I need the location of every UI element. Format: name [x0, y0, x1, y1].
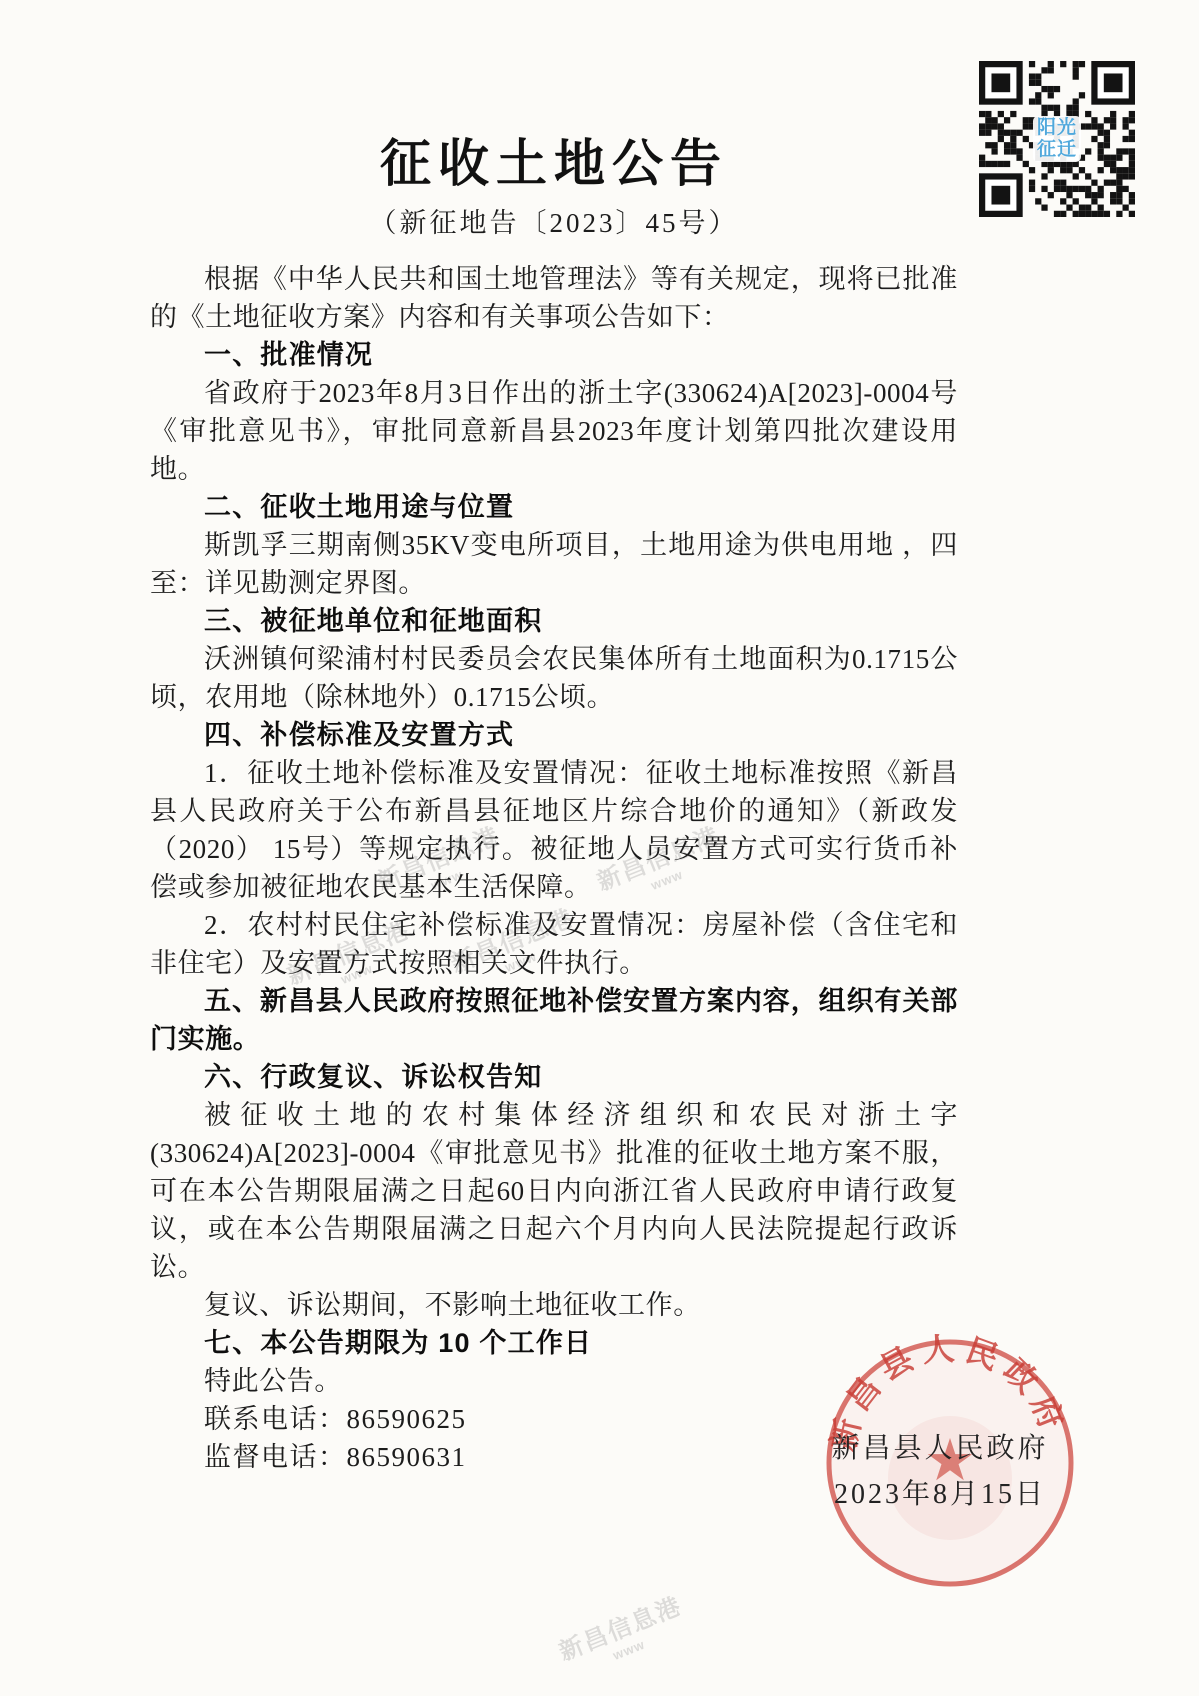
qr-module [1041, 67, 1047, 73]
qr-module [998, 111, 1004, 117]
qr-module [1066, 205, 1072, 211]
qr-module [1098, 123, 1104, 129]
qr-module [1091, 211, 1097, 217]
qr-module [1123, 123, 1129, 129]
qr-module [1129, 111, 1135, 117]
qr-module [1073, 73, 1079, 79]
qr-module [1110, 192, 1116, 198]
qr-module [1104, 117, 1110, 123]
qr-module [1110, 180, 1116, 186]
qr-module [1104, 73, 1123, 92]
qr-module [1035, 92, 1041, 98]
qr-module [1060, 186, 1066, 192]
qr-module [991, 161, 997, 167]
announcement-page: 阳光 征迁 新昌信息港 www 新昌信息港 www 新昌信息港 www 新昌信息… [0, 0, 1199, 1696]
qr-module [1129, 117, 1135, 123]
section-heading-1: 一、批准情况 [150, 336, 958, 374]
qr-module [1048, 61, 1054, 67]
qr-module [1079, 186, 1085, 192]
qr-module [979, 130, 985, 136]
qr-module [1123, 205, 1129, 211]
qr-module [1085, 173, 1091, 179]
qr-module [1085, 192, 1091, 198]
qr-module [1060, 198, 1066, 204]
qr-module [1079, 205, 1085, 211]
qr-module [1129, 167, 1135, 173]
qr-module [985, 130, 991, 136]
qr-module [1116, 167, 1122, 173]
qr-module [1098, 167, 1104, 173]
qr-module [1023, 117, 1029, 123]
paragraph-intro: 根据《中华人民共和国土地管理法》等有关规定，现将已批准的《土地征收方案》内容和有… [150, 260, 958, 336]
qr-module [1054, 211, 1060, 217]
section-heading-6: 六、行政复议、诉讼权告知 [150, 1058, 958, 1096]
qr-module [1054, 180, 1060, 186]
qr-module [1010, 148, 1016, 154]
qr-module [985, 117, 991, 123]
qr-module [1048, 167, 1054, 173]
qr-module [1098, 211, 1104, 217]
qr-module [1085, 186, 1091, 192]
qr-module [991, 73, 1010, 92]
qr-module [985, 111, 991, 117]
qr-module [1048, 67, 1054, 73]
qr-module [1129, 130, 1135, 136]
qr-module [979, 161, 985, 167]
qr-module [1116, 211, 1122, 217]
qr-module [985, 142, 991, 148]
qr-module [1098, 142, 1104, 148]
qr-module [1073, 173, 1079, 179]
qr-module [998, 161, 1004, 167]
qr-module [1116, 180, 1122, 186]
qr-module [1060, 167, 1066, 173]
qr-module [1066, 105, 1072, 111]
qr-module [1129, 136, 1135, 142]
qr-module [1041, 105, 1047, 111]
paragraph-area: 沃洲镇何梁浦村村民委员会农民集体所有土地面积为0.1715公顷，农用地（除林地外… [150, 640, 958, 716]
qr-module [1041, 205, 1047, 211]
paragraph-compensation-2: 2．农村村民住宅补偿标准及安置情况：房屋补偿（含住宅和非住宅）及安置方式按照相关… [150, 906, 958, 982]
qr-module [1010, 111, 1016, 117]
qr-module [1116, 186, 1122, 192]
qr-module [1091, 123, 1097, 129]
qr-module [991, 117, 997, 123]
section-heading-5: 五、新昌县人民政府按照征地补偿安置方案内容，组织有关部门实施。 [150, 982, 958, 1058]
qr-module [1073, 186, 1079, 192]
qr-label-line1: 阳光 [1037, 117, 1077, 139]
qr-module [991, 123, 997, 129]
qr-module [1023, 123, 1029, 129]
qr-module [1110, 198, 1116, 204]
qr-module [1085, 205, 1091, 211]
qr-module [1129, 161, 1135, 167]
issue-date: 2023年8月15日 [770, 1472, 1110, 1518]
qr-label-line2: 征迁 [1037, 139, 1077, 161]
paragraph-appeal-cont: (330624)A[2023]-0004《审批意见书》批准的征收土地方案不服，可… [150, 1134, 958, 1286]
issuer-name: 新昌县人民政府 [770, 1426, 1110, 1472]
qr-module [1085, 111, 1091, 117]
qr-module [991, 148, 997, 154]
qr-module [1098, 155, 1104, 161]
qr-module [1073, 61, 1079, 67]
qr-module [1029, 73, 1035, 79]
qr-module [1023, 161, 1029, 167]
document-body: 征收土地公告 （新征地告〔2023〕45号） 根据《中华人民共和国土地管理法》等… [150, 128, 958, 1476]
qr-module [1098, 130, 1104, 136]
qr-module [1041, 86, 1047, 92]
qr-module [1091, 192, 1097, 198]
qr-module [1104, 155, 1110, 161]
paragraph-compensation-1: 1．征收土地补偿标准及安置情况：征收土地标准按照《新昌县人民政府关于公布新昌县征… [150, 754, 958, 906]
qr-module [1104, 211, 1110, 217]
qr-module [1073, 98, 1079, 104]
qr-module [1079, 167, 1085, 173]
qr-module [1091, 117, 1097, 123]
qr-module [1048, 105, 1054, 111]
qr-module [1048, 86, 1054, 92]
qr-module [1054, 105, 1060, 111]
qr-module [1041, 186, 1047, 192]
qr-module [1129, 198, 1135, 204]
qr-module [979, 155, 985, 161]
qr-module [1023, 136, 1029, 142]
qr-module [1066, 167, 1072, 173]
qr-module [1098, 148, 1104, 154]
qr-module [1029, 80, 1035, 86]
qr-module [1116, 173, 1122, 179]
qr-module [1010, 142, 1016, 148]
qr-module [1110, 111, 1116, 117]
qr-module [1054, 86, 1060, 92]
watermark-url: www [565, 1616, 694, 1685]
qr-module [1098, 186, 1104, 192]
qr-module [1116, 155, 1122, 161]
qr-module [1010, 130, 1016, 136]
qr-module [1066, 192, 1072, 198]
qr-code: 阳光 征迁 [979, 61, 1135, 217]
qr-module [1123, 117, 1129, 123]
qr-module [1129, 211, 1135, 217]
qr-module [1110, 123, 1116, 129]
paragraph-approval: 省政府于2023年8月3日作出的浙土字(330624)A[2023]-0004号… [150, 374, 958, 488]
qr-module [998, 123, 1004, 129]
qr-module [1123, 167, 1129, 173]
qr-module [1129, 148, 1135, 154]
qr-module [1123, 186, 1129, 192]
qr-module [1116, 192, 1122, 198]
qr-module [1116, 198, 1122, 204]
qr-module [1079, 61, 1085, 67]
qr-module [1029, 98, 1035, 104]
qr-module [1110, 117, 1116, 123]
qr-module [1004, 142, 1010, 148]
qr-module [1104, 136, 1110, 142]
qr-module [1104, 161, 1110, 167]
qr-module [1104, 180, 1110, 186]
qr-module [1073, 211, 1079, 217]
qr-module [1129, 192, 1135, 198]
qr-module [1029, 186, 1035, 192]
qr-module [991, 186, 1010, 205]
qr-module [1016, 130, 1022, 136]
qr-module [1010, 136, 1016, 142]
qr-module [1054, 186, 1060, 192]
qr-module [1123, 136, 1129, 142]
qr-module [1029, 167, 1035, 173]
qr-module [1048, 192, 1054, 198]
qr-module [1085, 123, 1091, 129]
qr-module [1073, 67, 1079, 73]
qr-module [1016, 148, 1022, 154]
qr-module [1029, 61, 1035, 67]
section-heading-2: 二、征收土地用途与位置 [150, 488, 958, 526]
qr-module [1085, 148, 1091, 154]
qr-module [1060, 180, 1066, 186]
qr-module [998, 130, 1004, 136]
section-heading-4: 四、补偿标准及安置方式 [150, 716, 958, 754]
qr-module [1123, 173, 1129, 179]
qr-module [979, 111, 985, 117]
qr-module [1035, 80, 1041, 86]
qr-module [1035, 73, 1041, 79]
qr-module [1004, 117, 1010, 123]
qr-module [1091, 136, 1097, 142]
paragraph-appeal-note: 复议、诉讼期间，不影响土地征收工作。 [150, 1286, 958, 1324]
qr-module [1035, 98, 1041, 104]
qr-module [1091, 198, 1097, 204]
qr-module [1004, 148, 1010, 154]
qr-module [1104, 142, 1110, 148]
qr-module [1004, 130, 1010, 136]
paragraph-appeal-line1: 被征收土地的农村集体经济组织和农民对浙土字 [150, 1096, 958, 1134]
qr-module [1085, 211, 1091, 217]
qr-module [1079, 92, 1085, 98]
watermark-text: 新昌信息港 [556, 1595, 685, 1664]
signature-block: 新昌县人民政府 2023年8月15日 [770, 1426, 1110, 1518]
qr-module [985, 161, 991, 167]
document-number: （新征地告〔2023〕45号） [150, 206, 958, 240]
qr-module [1110, 161, 1116, 167]
qr-module [1073, 105, 1079, 111]
qr-module [1110, 167, 1116, 173]
section-heading-3: 三、被征地单位和征地面积 [150, 602, 958, 640]
qr-module [1029, 180, 1035, 186]
qr-module [1110, 155, 1116, 161]
qr-module [1060, 211, 1066, 217]
qr-module [1098, 205, 1104, 211]
qr-module [1066, 186, 1072, 192]
page-title: 征收土地公告 [150, 128, 958, 194]
qr-module [1035, 198, 1041, 204]
qr-module [1016, 155, 1022, 161]
qr-module [1079, 211, 1085, 217]
qr-module [1004, 161, 1010, 167]
qr-module [1098, 192, 1104, 198]
qr-module [1048, 92, 1054, 98]
paragraph-location: 斯凯孚三期南侧35KV变电所项目，土地用途为供电用地 ，四至：详见勘测定界图。 [150, 526, 958, 602]
qr-module [1116, 148, 1122, 154]
qr-module [985, 123, 991, 129]
qr-module [1104, 130, 1110, 136]
qr-module [991, 142, 997, 148]
qr-module [998, 136, 1004, 142]
qr-module [1123, 148, 1129, 154]
qr-module [1041, 173, 1047, 179]
qr-module [1129, 173, 1135, 179]
qr-center-label: 阳光 征迁 [1033, 116, 1081, 162]
qr-module [1129, 155, 1135, 161]
qr-module [1060, 61, 1066, 67]
qr-module [1073, 198, 1079, 204]
watermark: 新昌信息港 www [556, 1595, 693, 1684]
qr-module [979, 123, 985, 129]
qr-module [1091, 180, 1097, 186]
